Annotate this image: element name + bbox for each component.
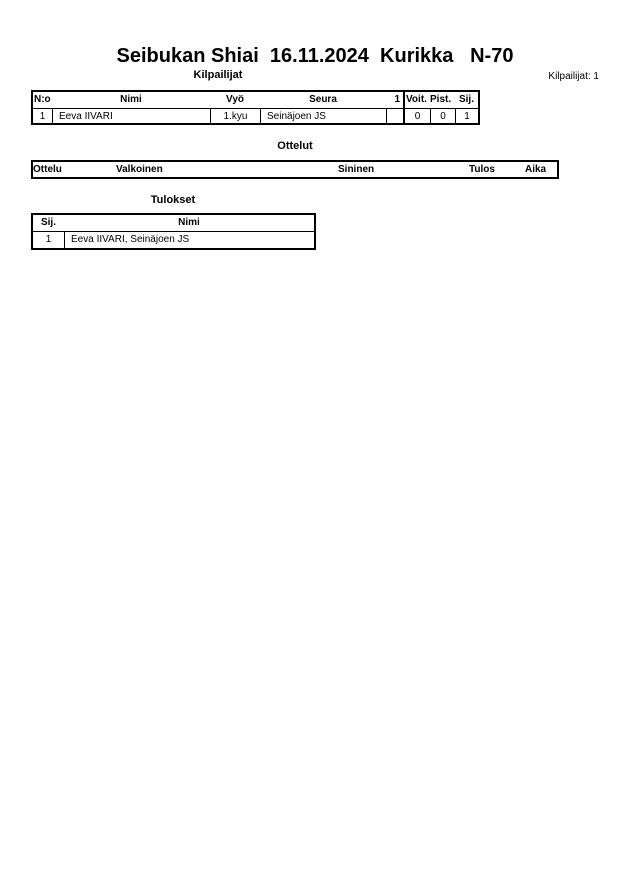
participants-table: N:o Nimi Vyö Seura 1 Voit. Pist. Sij. 1 … <box>31 90 480 125</box>
table-row: 1 Eeva IIVARI 1.kyu Seinäjoen JS 0 0 1 <box>33 109 478 125</box>
col-header-white: Valkoinen <box>116 162 196 177</box>
cell-wins: 0 <box>403 109 430 125</box>
col-header-round1: 1 <box>386 92 403 108</box>
results-section-title: Tulokset <box>98 194 248 206</box>
col-header-belt: Vyö <box>210 92 260 108</box>
col-header-club: Seura <box>260 92 386 108</box>
col-header-result: Tulos <box>469 162 509 177</box>
cell-rank: 1 <box>33 232 64 248</box>
col-header-blue: Sininen <box>338 162 398 177</box>
cell-no: 1 <box>33 109 52 125</box>
event-date: 16.11.2024 <box>270 45 369 68</box>
col-header-name: Nimi <box>64 215 314 231</box>
cell-club: Seinäjoen JS <box>260 109 386 125</box>
col-header-points: Pist. <box>430 92 455 108</box>
event-name: Seibukan Shiai <box>117 45 259 68</box>
cell-rank: 1 <box>455 109 478 125</box>
col-header-rank: Sij. <box>33 215 64 231</box>
col-header-no: N:o <box>33 92 52 108</box>
col-header-match: Ottelu <box>33 162 93 177</box>
matches-section-title: Ottelut <box>220 140 370 152</box>
col-header-time: Aika <box>525 162 555 177</box>
event-location: Kurikka <box>380 45 453 68</box>
cell-name: Eeva IIVARI <box>52 109 210 125</box>
results-header-row: Sij. Nimi <box>33 215 314 232</box>
results-table: Sij. Nimi 1 Eeva IIVARI, Seinäjoen JS <box>31 213 316 250</box>
cell-points: 0 <box>430 109 455 125</box>
page-title: Seibukan Shiai 16.11.2024 Kurikka N-70 <box>0 45 630 68</box>
participant-count: Kilpailijat: 1 <box>520 71 599 82</box>
cell-round1 <box>386 109 403 125</box>
col-header-name: Nimi <box>52 92 210 108</box>
col-header-rank: Sij. <box>455 92 478 108</box>
participants-header-row: N:o Nimi Vyö Seura 1 Voit. Pist. Sij. <box>33 92 478 109</box>
table-row: 1 Eeva IIVARI, Seinäjoen JS <box>33 232 314 248</box>
matches-table: Ottelu Valkoinen Sininen Tulos Aika <box>31 160 559 179</box>
cell-name: Eeva IIVARI, Seinäjoen JS <box>64 232 314 248</box>
weight-category: N-70 <box>470 45 513 68</box>
participants-section-title: Kilpailijat <box>168 69 268 81</box>
col-header-wins: Voit. <box>403 92 430 108</box>
matches-header-row: Ottelu Valkoinen Sininen Tulos Aika <box>33 162 557 178</box>
cell-belt: 1.kyu <box>210 109 260 125</box>
